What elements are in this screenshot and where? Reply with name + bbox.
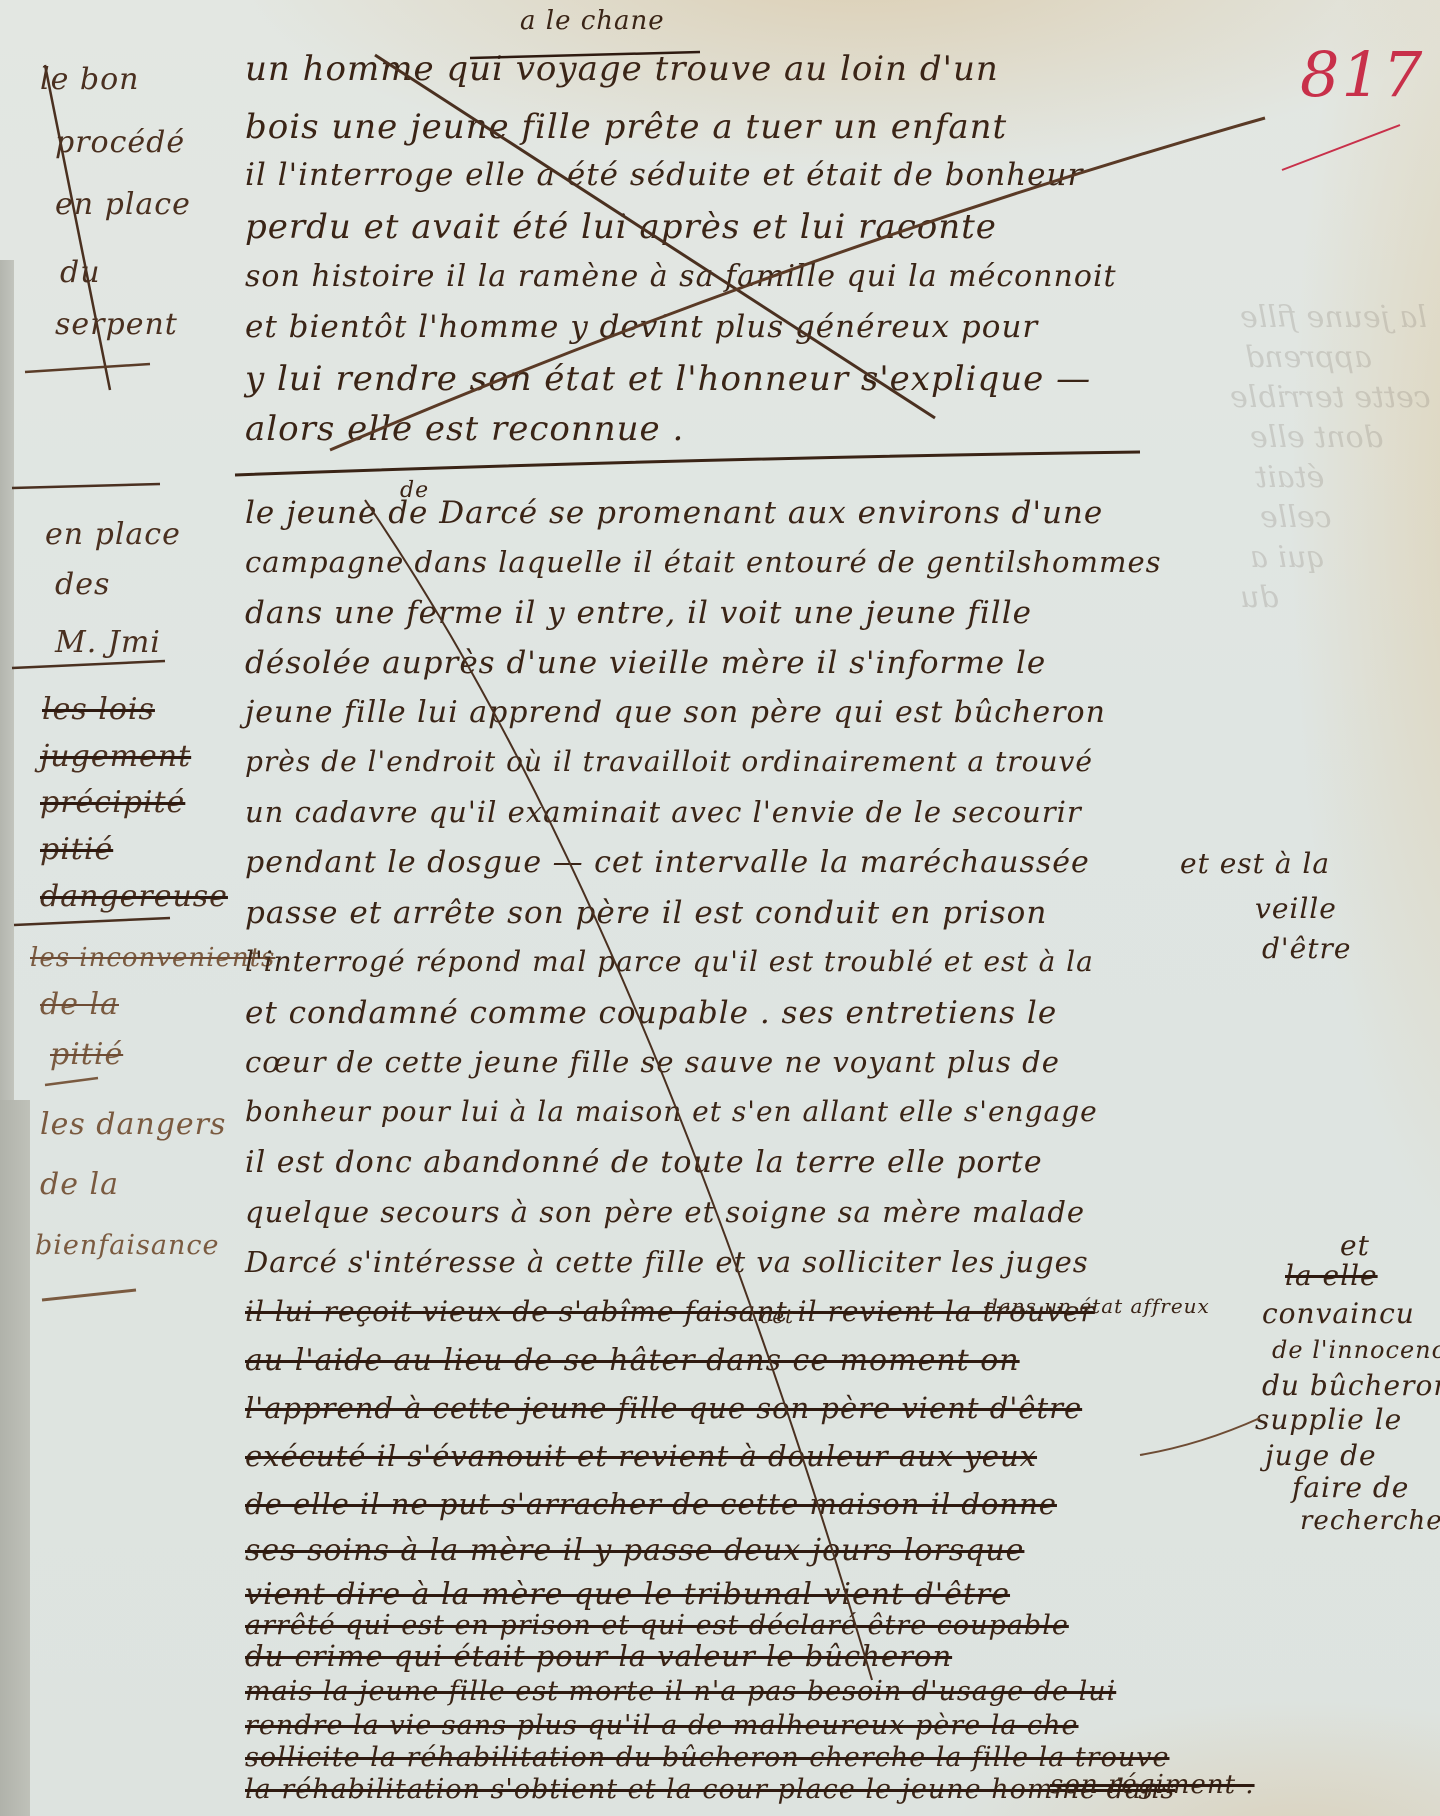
margin-note: serpent bbox=[55, 310, 178, 340]
interlinear-insertion: cet bbox=[760, 1306, 794, 1326]
text-line: le jeune de Darcé se promenant aux envir… bbox=[245, 498, 1103, 529]
margin-note-struck: de la bbox=[40, 990, 119, 1020]
text-line-struck: il lui reçoit vieux de s'abîme faisant i… bbox=[245, 1298, 1095, 1326]
text-line: un cadavre qu'il examinait avec l'envie … bbox=[245, 798, 1082, 827]
margin-note-struck: jugement bbox=[40, 742, 191, 772]
text-line-struck: de elle il ne put s'arracher de cette ma… bbox=[245, 1490, 1057, 1519]
right-margin-note: et est à la bbox=[1180, 850, 1330, 878]
right-margin-note: veille bbox=[1255, 895, 1337, 923]
text-line-struck: ses soins à la mère il y passe deux jour… bbox=[245, 1536, 1024, 1566]
right-margin-note: supplie le bbox=[1255, 1406, 1402, 1434]
text-line: un homme qui voyage trouve au loin d'un bbox=[245, 52, 999, 86]
connector-stroke bbox=[1140, 1418, 1260, 1455]
page-edge-shadow-lower bbox=[0, 1100, 30, 1816]
bleed-through-line: qui a bbox=[1250, 540, 1326, 575]
bleed-through-line: la jeune fille bbox=[1240, 300, 1427, 335]
margin-note-struck: précipité bbox=[40, 788, 185, 818]
margin-note: M. Jmi bbox=[55, 628, 161, 658]
margin-rule bbox=[12, 484, 160, 488]
text-line-struck: arrêté qui est en prison et qui est décl… bbox=[245, 1612, 1069, 1639]
margin-note-struck: les inconvenients bbox=[30, 945, 275, 971]
margin-rule bbox=[14, 918, 170, 925]
margin-note-struck: pitié bbox=[40, 835, 113, 865]
text-line: alors elle est reconnue . bbox=[245, 412, 684, 446]
margin-note-struck: les lois bbox=[42, 695, 155, 725]
text-line: y lui rendre son état et l'honneur s'exp… bbox=[245, 362, 1091, 396]
bleed-through-line: celle bbox=[1260, 500, 1332, 535]
bleed-through-line: du bbox=[1240, 580, 1279, 615]
text-line-struck: au l'aide au lieu de se hâter dans ce mo… bbox=[245, 1346, 1020, 1376]
text-line: il est donc abandonné de toute la terre … bbox=[245, 1148, 1043, 1178]
text-line: et condamné comme coupable . ses entreti… bbox=[245, 998, 1057, 1029]
margin-note: du bbox=[60, 258, 101, 288]
folio-underline bbox=[1282, 125, 1400, 170]
text-line: dans une ferme il y entre, il voit une j… bbox=[245, 598, 1032, 629]
margin-note: le bon bbox=[40, 65, 139, 95]
text-line: près de l'endroit où il travailloit ordi… bbox=[245, 748, 1093, 776]
manuscript-page: la jeune fille apprend cette terrible do… bbox=[0, 0, 1440, 1816]
bleed-through-line: apprend bbox=[1245, 340, 1372, 375]
margin-rule bbox=[25, 364, 150, 372]
margin-rule bbox=[45, 1078, 98, 1085]
text-line-struck: la réhabilitation s'obtient et la cour p… bbox=[245, 1776, 1175, 1803]
text-line: bonheur pour lui à la maison et s'en all… bbox=[245, 1098, 1098, 1126]
text-line: l'interrogé répond mal parce qu'il est t… bbox=[245, 948, 1094, 976]
margin-rule bbox=[12, 661, 165, 668]
margin-note: des bbox=[55, 570, 110, 600]
text-line-struck: vient dire à la mère que le tribunal vie… bbox=[245, 1580, 1010, 1610]
right-margin-note: du bûcheron bbox=[1262, 1372, 1440, 1400]
right-margin-note: et bbox=[1340, 1232, 1370, 1260]
text-line: il l'interroge elle a été séduite et éta… bbox=[245, 160, 1083, 191]
interlinear-insertion: dans un état affreux bbox=[985, 1296, 1210, 1316]
margin-note: de la bbox=[40, 1170, 119, 1200]
right-margin-note: recherches bbox=[1300, 1508, 1440, 1534]
margin-note: procédé bbox=[55, 128, 185, 158]
text-line-struck: l'apprend à cette jeune fille que son pè… bbox=[245, 1394, 1082, 1423]
margin-note: les dangers bbox=[40, 1110, 226, 1140]
text-line-struck: son régiment . bbox=[1050, 1772, 1255, 1798]
text-line: désolée auprès d'une vieille mère il s'i… bbox=[245, 648, 1046, 679]
section-rule bbox=[235, 452, 1140, 475]
right-margin-note: juge de bbox=[1265, 1442, 1377, 1470]
right-margin-note: convaincu bbox=[1262, 1300, 1415, 1328]
text-line-struck: exécuté il s'évanouit et revient à doule… bbox=[245, 1442, 1037, 1471]
right-margin-note: de l'innocence bbox=[1272, 1338, 1440, 1362]
text-line: cœur de cette jeune fille se sauve ne vo… bbox=[245, 1048, 1060, 1077]
right-margin-note-struck: la elle bbox=[1285, 1262, 1378, 1290]
insertion-above: a le chane bbox=[520, 8, 665, 34]
text-line: et bientôt l'homme y devint plus généreu… bbox=[245, 312, 1038, 343]
right-margin-note: d'être bbox=[1262, 935, 1351, 963]
right-margin-note: faire de bbox=[1292, 1474, 1409, 1502]
text-line-struck: mais la jeune fille est morte il n'a pas… bbox=[245, 1678, 1116, 1705]
text-line: passe et arrête son père il est conduit … bbox=[245, 898, 1047, 929]
text-line: bois une jeune fille prête a tuer un enf… bbox=[245, 110, 1007, 144]
text-line: pendant le dosgue — cet intervalle la ma… bbox=[245, 848, 1090, 878]
margin-note-struck: pitié bbox=[50, 1040, 123, 1070]
bleed-through-line: était bbox=[1255, 460, 1324, 495]
text-line-struck: sollicite la réhabilitation du bûcheron … bbox=[245, 1744, 1169, 1771]
margin-note: en place bbox=[55, 190, 191, 220]
text-line: quelque secours à son père et soigne sa … bbox=[245, 1198, 1085, 1227]
margin-note-struck: dangereuse bbox=[40, 882, 228, 912]
bleed-through-line: cette terrible bbox=[1230, 380, 1431, 415]
text-line-struck: rendre la vie sans plus qu'il a de malhe… bbox=[245, 1712, 1079, 1739]
folio-number: 817 bbox=[1300, 38, 1424, 111]
text-line: perdu et avait été lui après et lui raco… bbox=[245, 210, 997, 244]
text-line: son histoire il la ramène à sa famille q… bbox=[245, 262, 1117, 292]
margin-note: en place bbox=[45, 520, 181, 550]
text-line: Darcé s'intéresse à cette fille et va so… bbox=[245, 1248, 1089, 1277]
text-line-struck: du crime qui était pour la valeur le bûc… bbox=[245, 1642, 952, 1671]
bleed-through-line: dont elle bbox=[1250, 420, 1383, 455]
text-line: campagne dans laquelle il était entouré … bbox=[245, 548, 1162, 577]
text-line: jeune fille lui apprend que son père qui… bbox=[245, 698, 1106, 728]
margin-rule bbox=[42, 1290, 136, 1300]
margin-note: bienfaisance bbox=[35, 1232, 219, 1259]
